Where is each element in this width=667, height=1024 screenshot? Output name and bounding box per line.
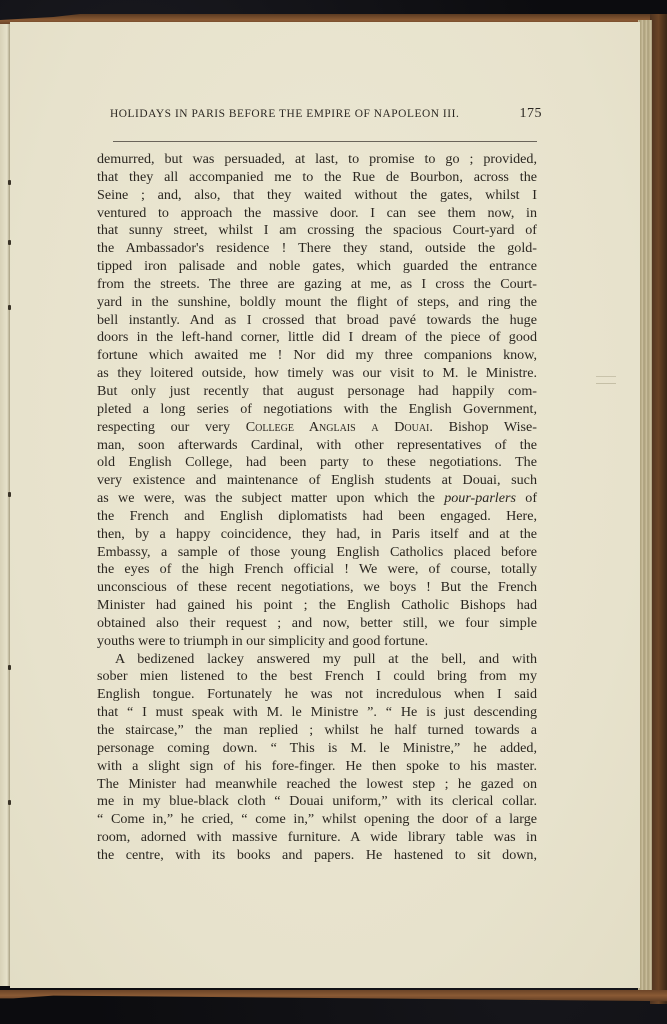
running-head-title: Holidays in Paris before the Empire of N… [110, 108, 459, 120]
text-line: tipped iron palisade and noble gates, wh… [97, 258, 537, 276]
paragraph-start-line: A bedizened lackey answered my pull at t… [97, 651, 537, 669]
text-fragment: of [516, 490, 537, 506]
gutter-mark [8, 665, 11, 670]
text-line: then, by a happy coincidence, they had, … [97, 526, 537, 544]
text-fragment: as we were, was the subject matter upon … [97, 490, 444, 506]
text-line: doors in the left-hand corner, little di… [97, 329, 537, 347]
text-line: “ Come in,” he cried, “ come in,” whilst… [97, 811, 537, 829]
text-line: man, soon afterwards Cardinal, with othe… [97, 437, 537, 455]
gutter-mark [8, 180, 11, 185]
text-line: as they loitered outside, how timely was… [97, 365, 537, 383]
body-text: demurred, but was persuaded, at last, to… [97, 151, 537, 865]
paragraph-end-line: youths were to triumph in our simplicity… [97, 633, 537, 651]
gutter-mark [8, 492, 11, 497]
header-rule [113, 141, 537, 142]
text-line: me in my blue-black cloth “ Douai unifor… [97, 793, 537, 811]
text-line: the staircase,” the man replied ; whilst… [97, 722, 537, 740]
text-line: fortune which awaited me ! Nor did my th… [97, 347, 537, 365]
text-line-with-italic: as we were, was the subject matter upon … [97, 490, 537, 508]
text-line: English tongue. Fortunately he was not i… [97, 686, 537, 704]
text-line: demurred, but was persuaded, at last, to… [97, 151, 537, 169]
small-caps-title: College Anglais a Douai. [246, 419, 433, 435]
text-line: personage coming down. “ This is M. le M… [97, 740, 537, 758]
text-line: sober mien listened to the best French I… [97, 668, 537, 686]
stray-pencil-mark [596, 376, 616, 377]
text-line: Seine ; and, also, that they waited with… [97, 187, 537, 205]
gutter-mark [8, 800, 11, 805]
text-line: But only just recently that august perso… [97, 383, 537, 401]
text-line: the French and English diplomatists had … [97, 508, 537, 526]
italic-term: pour-parlers [444, 490, 516, 506]
text-line: Embassy, a sample of those young English… [97, 544, 537, 562]
text-line: the eyes of the high French official ! W… [97, 561, 537, 579]
text-line: bell instantly. And as I crossed that br… [97, 312, 537, 330]
text-fragment: respecting our very [97, 419, 246, 435]
text-line: that “ I must speak with M. le Ministre … [97, 704, 537, 722]
text-line: that sunny street, whilst I am crossing … [97, 222, 537, 240]
book-gutter [0, 24, 10, 986]
text-line-with-small-caps: respecting our very College Anglais a Do… [97, 419, 537, 437]
text-line: unconscious of these recent negotiations… [97, 579, 537, 597]
text-line: from the streets. The three are gazing a… [97, 276, 537, 294]
text-line: ventured to approach the massive door. I… [97, 205, 537, 223]
text-line: obtained also their request ; and now, b… [97, 615, 537, 633]
text-line: the Ambassador's residence ! There they … [97, 240, 537, 258]
text-line: with a slight sign of his fore-finger. H… [97, 758, 537, 776]
text-line: yard in the sunshine, boldly mount the f… [97, 294, 537, 312]
gutter-mark [8, 240, 11, 245]
text-line: very existence and maintenance of Englis… [97, 472, 537, 490]
gutter-mark [8, 305, 11, 310]
text-line: pleted a long series of negotiations wit… [97, 401, 537, 419]
text-line: old English College, had been party to t… [97, 454, 537, 472]
text-line: that they all accompanied me to the Rue … [97, 169, 537, 187]
text-line: room, adorned with massive furniture. A … [97, 829, 537, 847]
text-line: Minister had gained his point ; the Engl… [97, 597, 537, 615]
text-fragment: Bishop Wise- [433, 419, 537, 435]
page-number: 175 [520, 106, 543, 122]
running-head: Holidays in Paris before the Empire of N… [110, 106, 542, 122]
text-line: The Minister had meanwhile reached the l… [97, 776, 537, 794]
book-cover-right-edge [650, 14, 667, 1004]
text-line: the centre, with its books and papers. H… [97, 847, 537, 865]
page-stack-edge [638, 20, 652, 995]
